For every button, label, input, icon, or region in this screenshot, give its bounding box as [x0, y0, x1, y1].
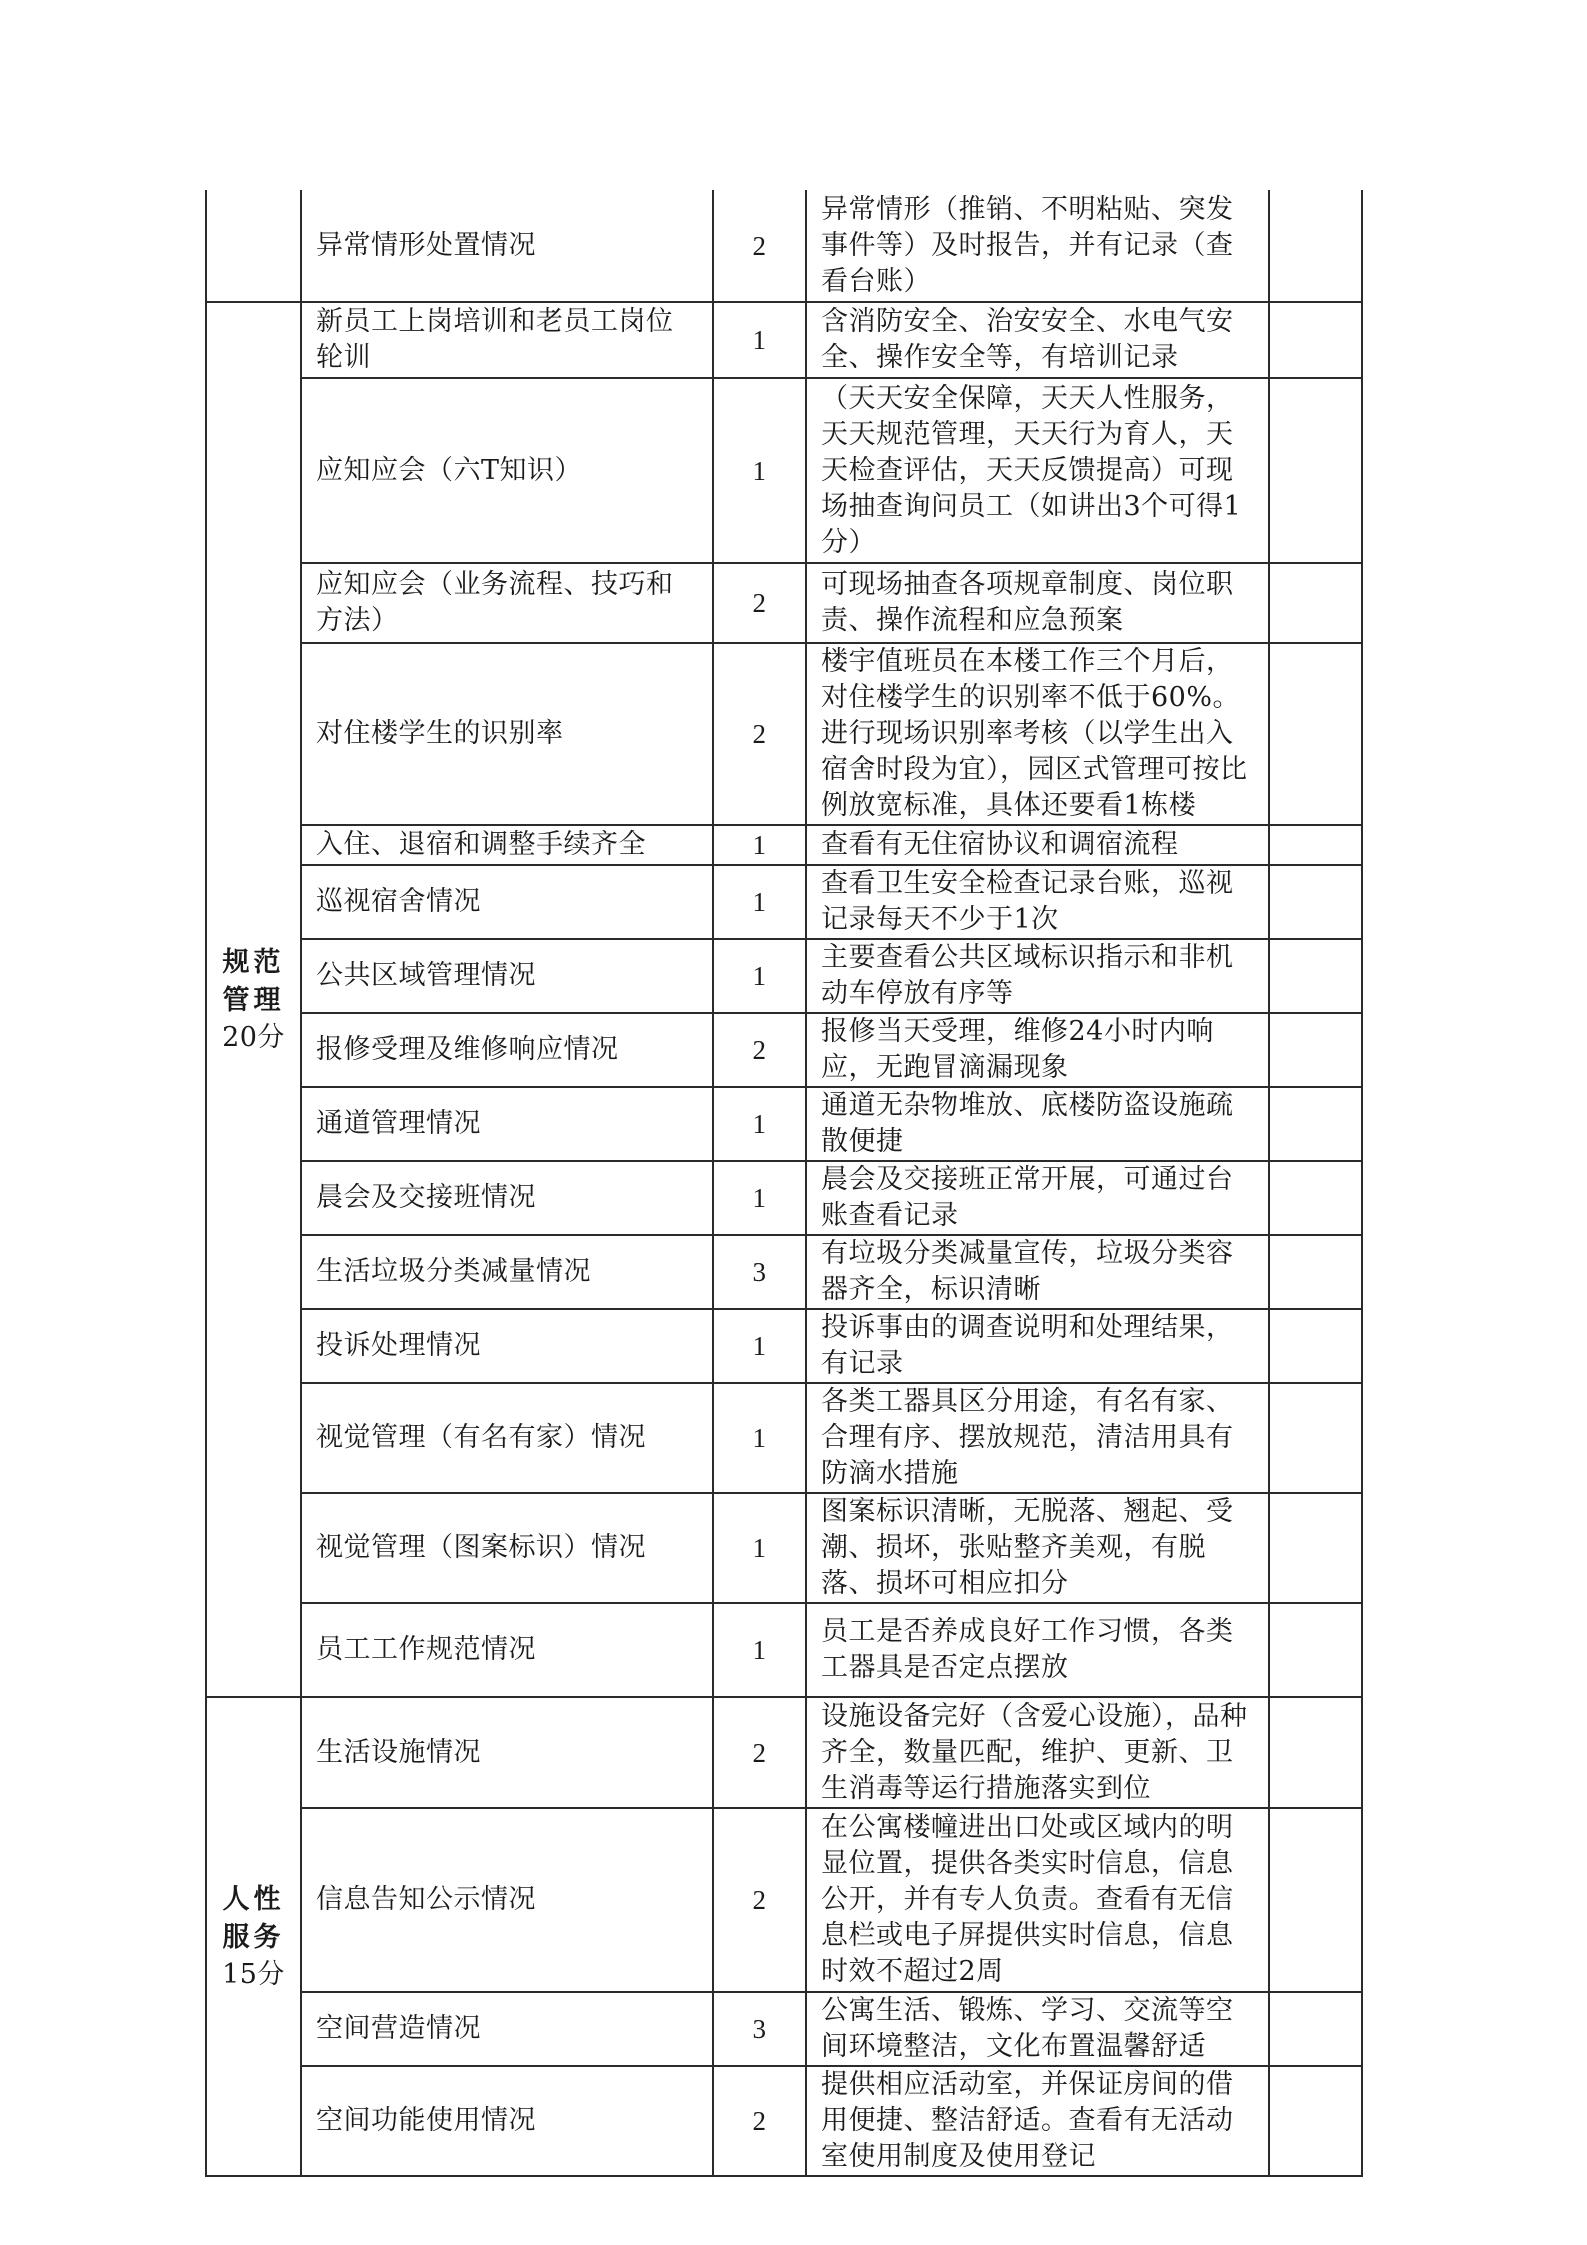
- points-cell: 1: [713, 865, 806, 939]
- points-cell: 2: [713, 1697, 806, 1808]
- remark-cell: [1269, 1383, 1362, 1493]
- points-cell: 2: [713, 1808, 806, 1992]
- standard-cell: 主要查看公共区域标识指示和非机动车停放有序等: [806, 939, 1269, 1013]
- item-cell: 视觉管理（有名有家）情况: [301, 1383, 713, 1493]
- table-row: 晨会及交接班情况 1 晨会及交接班正常开展，可通过台账查看记录: [206, 1161, 1362, 1235]
- points-cell: 1: [713, 1087, 806, 1161]
- remark-cell: [1269, 1697, 1362, 1808]
- remark-cell: [1269, 563, 1362, 643]
- standard-cell: 各类工器具区分用途，有名有家、合理有序、摆放规范，清洁用具有防滴水措施: [806, 1383, 1269, 1493]
- standard-cell: 含消防安全、治安安全、水电气安全、操作安全等，有培训记录: [806, 302, 1269, 378]
- table-row: 对住楼学生的识别率 2 楼宇值班员在本楼工作三个月后，对住楼学生的识别率不低于6…: [206, 643, 1362, 825]
- item-cell: 空间营造情况: [301, 1992, 713, 2066]
- standard-cell: 提供相应活动室，并保证房间的借用便捷、整洁舒适。查看有无活动室使用制度及使用登记: [806, 2066, 1269, 2176]
- remark-cell: [1269, 378, 1362, 563]
- item-cell: 应知应会（六T知识）: [301, 378, 713, 563]
- remark-cell: [1269, 825, 1362, 865]
- table-row: 报修受理及维修响应情况 2 报修当天受理，维修24小时内响应，无跑冒滴漏现象: [206, 1013, 1362, 1087]
- standard-cell: 查看有无住宿协议和调宿流程: [806, 825, 1269, 865]
- points-cell: 1: [713, 1493, 806, 1603]
- item-cell: 生活垃圾分类减量情况: [301, 1235, 713, 1309]
- remark-cell: [1269, 865, 1362, 939]
- points-cell: 2: [713, 1013, 806, 1087]
- points-cell: 1: [713, 378, 806, 563]
- table-row: 规范 管理 20分 新员工上岗培训和老员工岗位轮训 1 含消防安全、治安安全、水…: [206, 302, 1362, 378]
- standard-cell: 图案标识清晰，无脱落、翘起、受潮、损坏，张贴整齐美观，有脱落、损坏可相应扣分: [806, 1493, 1269, 1603]
- standard-cell: 查看卫生安全检查记录台账，巡视记录每天不少于1次: [806, 865, 1269, 939]
- category-name-line2: 管理: [209, 982, 298, 1020]
- points-cell: 1: [713, 302, 806, 378]
- points-cell: 3: [713, 1992, 806, 2066]
- item-cell: 应知应会（业务流程、技巧和方法）: [301, 563, 713, 643]
- table-row: 巡视宿舍情况 1 查看卫生安全检查记录台账，巡视记录每天不少于1次: [206, 865, 1362, 939]
- item-cell: 生活设施情况: [301, 1697, 713, 1808]
- table-row: 应知应会（六T知识） 1 （天天安全保障，天天人性服务，天天规范管理，天天行为育…: [206, 378, 1362, 563]
- points-cell: 2: [713, 2066, 806, 2176]
- category-name-line1: 规范: [209, 944, 298, 982]
- table-row: 信息告知公示情况 2 在公寓楼幢进出口处或区域内的明显位置，提供各类实时信息，信…: [206, 1808, 1362, 1992]
- category-cell-humane-service: 人性 服务 15分: [206, 1697, 301, 2176]
- item-cell: 异常情形处置情况: [301, 190, 713, 302]
- table-row: 通道管理情况 1 通道无杂物堆放、底楼防盗设施疏散便捷: [206, 1087, 1362, 1161]
- category-score: 15分: [209, 1957, 298, 1993]
- remark-cell: [1269, 1808, 1362, 1992]
- document-page: 异常情形处置情况 2 异常情形（推销、不明粘贴、突发事件等）及时报告，并有记录（…: [0, 0, 1587, 2245]
- item-cell: 晨会及交接班情况: [301, 1161, 713, 1235]
- standard-cell: 设施设备完好（含爱心设施），品种齐全，数量匹配，维护、更新、卫生消毒等运行措施落…: [806, 1697, 1269, 1808]
- standard-cell: 在公寓楼幢进出口处或区域内的明显位置，提供各类实时信息，信息公开，并有专人负责。…: [806, 1808, 1269, 1992]
- remark-cell: [1269, 643, 1362, 825]
- standard-cell: 楼宇值班员在本楼工作三个月后，对住楼学生的识别率不低于60%。进行现场识别率考核…: [806, 643, 1269, 825]
- points-cell: 2: [713, 190, 806, 302]
- item-cell: 员工工作规范情况: [301, 1603, 713, 1697]
- points-cell: 2: [713, 643, 806, 825]
- standard-cell: 报修当天受理，维修24小时内响应，无跑冒滴漏现象: [806, 1013, 1269, 1087]
- remark-cell: [1269, 1235, 1362, 1309]
- remark-cell: [1269, 1603, 1362, 1697]
- category-name-line1: 人性: [209, 1881, 298, 1919]
- points-cell: 1: [713, 1383, 806, 1493]
- remark-cell: [1269, 939, 1362, 1013]
- table-row: 投诉处理情况 1 投诉事由的调查说明和处理结果，有记录: [206, 1309, 1362, 1383]
- category-cell-continued: [206, 190, 301, 302]
- item-cell: 巡视宿舍情况: [301, 865, 713, 939]
- item-cell: 公共区域管理情况: [301, 939, 713, 1013]
- table-row: 异常情形处置情况 2 异常情形（推销、不明粘贴、突发事件等）及时报告，并有记录（…: [206, 190, 1362, 302]
- item-cell: 空间功能使用情况: [301, 2066, 713, 2176]
- table-row: 空间营造情况 3 公寓生活、锻炼、学习、交流等空间环境整洁，文化布置温馨舒适: [206, 1992, 1362, 2066]
- points-cell: 1: [713, 1309, 806, 1383]
- remark-cell: [1269, 2066, 1362, 2176]
- table-row: 员工工作规范情况 1 员工是否养成良好工作习惯，各类工器具是否定点摆放: [206, 1603, 1362, 1697]
- points-cell: 3: [713, 1235, 806, 1309]
- item-cell: 新员工上岗培训和老员工岗位轮训: [301, 302, 713, 378]
- remark-cell: [1269, 1087, 1362, 1161]
- remark-cell: [1269, 302, 1362, 378]
- table-row: 生活垃圾分类减量情况 3 有垃圾分类减量宣传，垃圾分类容器齐全，标识清晰: [206, 1235, 1362, 1309]
- item-cell: 入住、退宿和调整手续齐全: [301, 825, 713, 865]
- table-row: 入住、退宿和调整手续齐全 1 查看有无住宿协议和调宿流程: [206, 825, 1362, 865]
- standard-cell: （天天安全保障，天天人性服务，天天规范管理，天天行为育人，天天检查评估，天天反馈…: [806, 378, 1269, 563]
- category-cell-standard-management: 规范 管理 20分: [206, 302, 301, 1697]
- table-row: 空间功能使用情况 2 提供相应活动室，并保证房间的借用便捷、整洁舒适。查看有无活…: [206, 2066, 1362, 2176]
- remark-cell: [1269, 1161, 1362, 1235]
- points-cell: 2: [713, 563, 806, 643]
- item-cell: 对住楼学生的识别率: [301, 643, 713, 825]
- item-cell: 信息告知公示情况: [301, 1808, 713, 1992]
- remark-cell: [1269, 190, 1362, 302]
- standard-cell: 异常情形（推销、不明粘贴、突发事件等）及时报告，并有记录（查看台账）: [806, 190, 1269, 302]
- item-cell: 通道管理情况: [301, 1087, 713, 1161]
- points-cell: 1: [713, 825, 806, 865]
- table-row: 视觉管理（有名有家）情况 1 各类工器具区分用途，有名有家、合理有序、摆放规范，…: [206, 1383, 1362, 1493]
- remark-cell: [1269, 1309, 1362, 1383]
- standard-cell: 通道无杂物堆放、底楼防盗设施疏散便捷: [806, 1087, 1269, 1161]
- table-row: 人性 服务 15分 生活设施情况 2 设施设备完好（含爱心设施），品种齐全，数量…: [206, 1697, 1362, 1808]
- table-row: 公共区域管理情况 1 主要查看公共区域标识指示和非机动车停放有序等: [206, 939, 1362, 1013]
- category-name-line2: 服务: [209, 1919, 298, 1957]
- points-cell: 1: [713, 939, 806, 1013]
- evaluation-table: 异常情形处置情况 2 异常情形（推销、不明粘贴、突发事件等）及时报告，并有记录（…: [205, 190, 1363, 2177]
- table-row: 视觉管理（图案标识）情况 1 图案标识清晰，无脱落、翘起、受潮、损坏，张贴整齐美…: [206, 1493, 1362, 1603]
- category-score: 20分: [209, 1020, 298, 1056]
- points-cell: 1: [713, 1161, 806, 1235]
- standard-cell: 员工是否养成良好工作习惯，各类工器具是否定点摆放: [806, 1603, 1269, 1697]
- remark-cell: [1269, 1013, 1362, 1087]
- standard-cell: 公寓生活、锻炼、学习、交流等空间环境整洁，文化布置温馨舒适: [806, 1992, 1269, 2066]
- item-cell: 投诉处理情况: [301, 1309, 713, 1383]
- standard-cell: 有垃圾分类减量宣传，垃圾分类容器齐全，标识清晰: [806, 1235, 1269, 1309]
- remark-cell: [1269, 1493, 1362, 1603]
- item-cell: 报修受理及维修响应情况: [301, 1013, 713, 1087]
- points-cell: 1: [713, 1603, 806, 1697]
- table-row: 应知应会（业务流程、技巧和方法） 2 可现场抽查各项规章制度、岗位职责、操作流程…: [206, 563, 1362, 643]
- standard-cell: 晨会及交接班正常开展，可通过台账查看记录: [806, 1161, 1269, 1235]
- item-cell: 视觉管理（图案标识）情况: [301, 1493, 713, 1603]
- standard-cell: 投诉事由的调查说明和处理结果，有记录: [806, 1309, 1269, 1383]
- standard-cell: 可现场抽查各项规章制度、岗位职责、操作流程和应急预案: [806, 563, 1269, 643]
- remark-cell: [1269, 1992, 1362, 2066]
